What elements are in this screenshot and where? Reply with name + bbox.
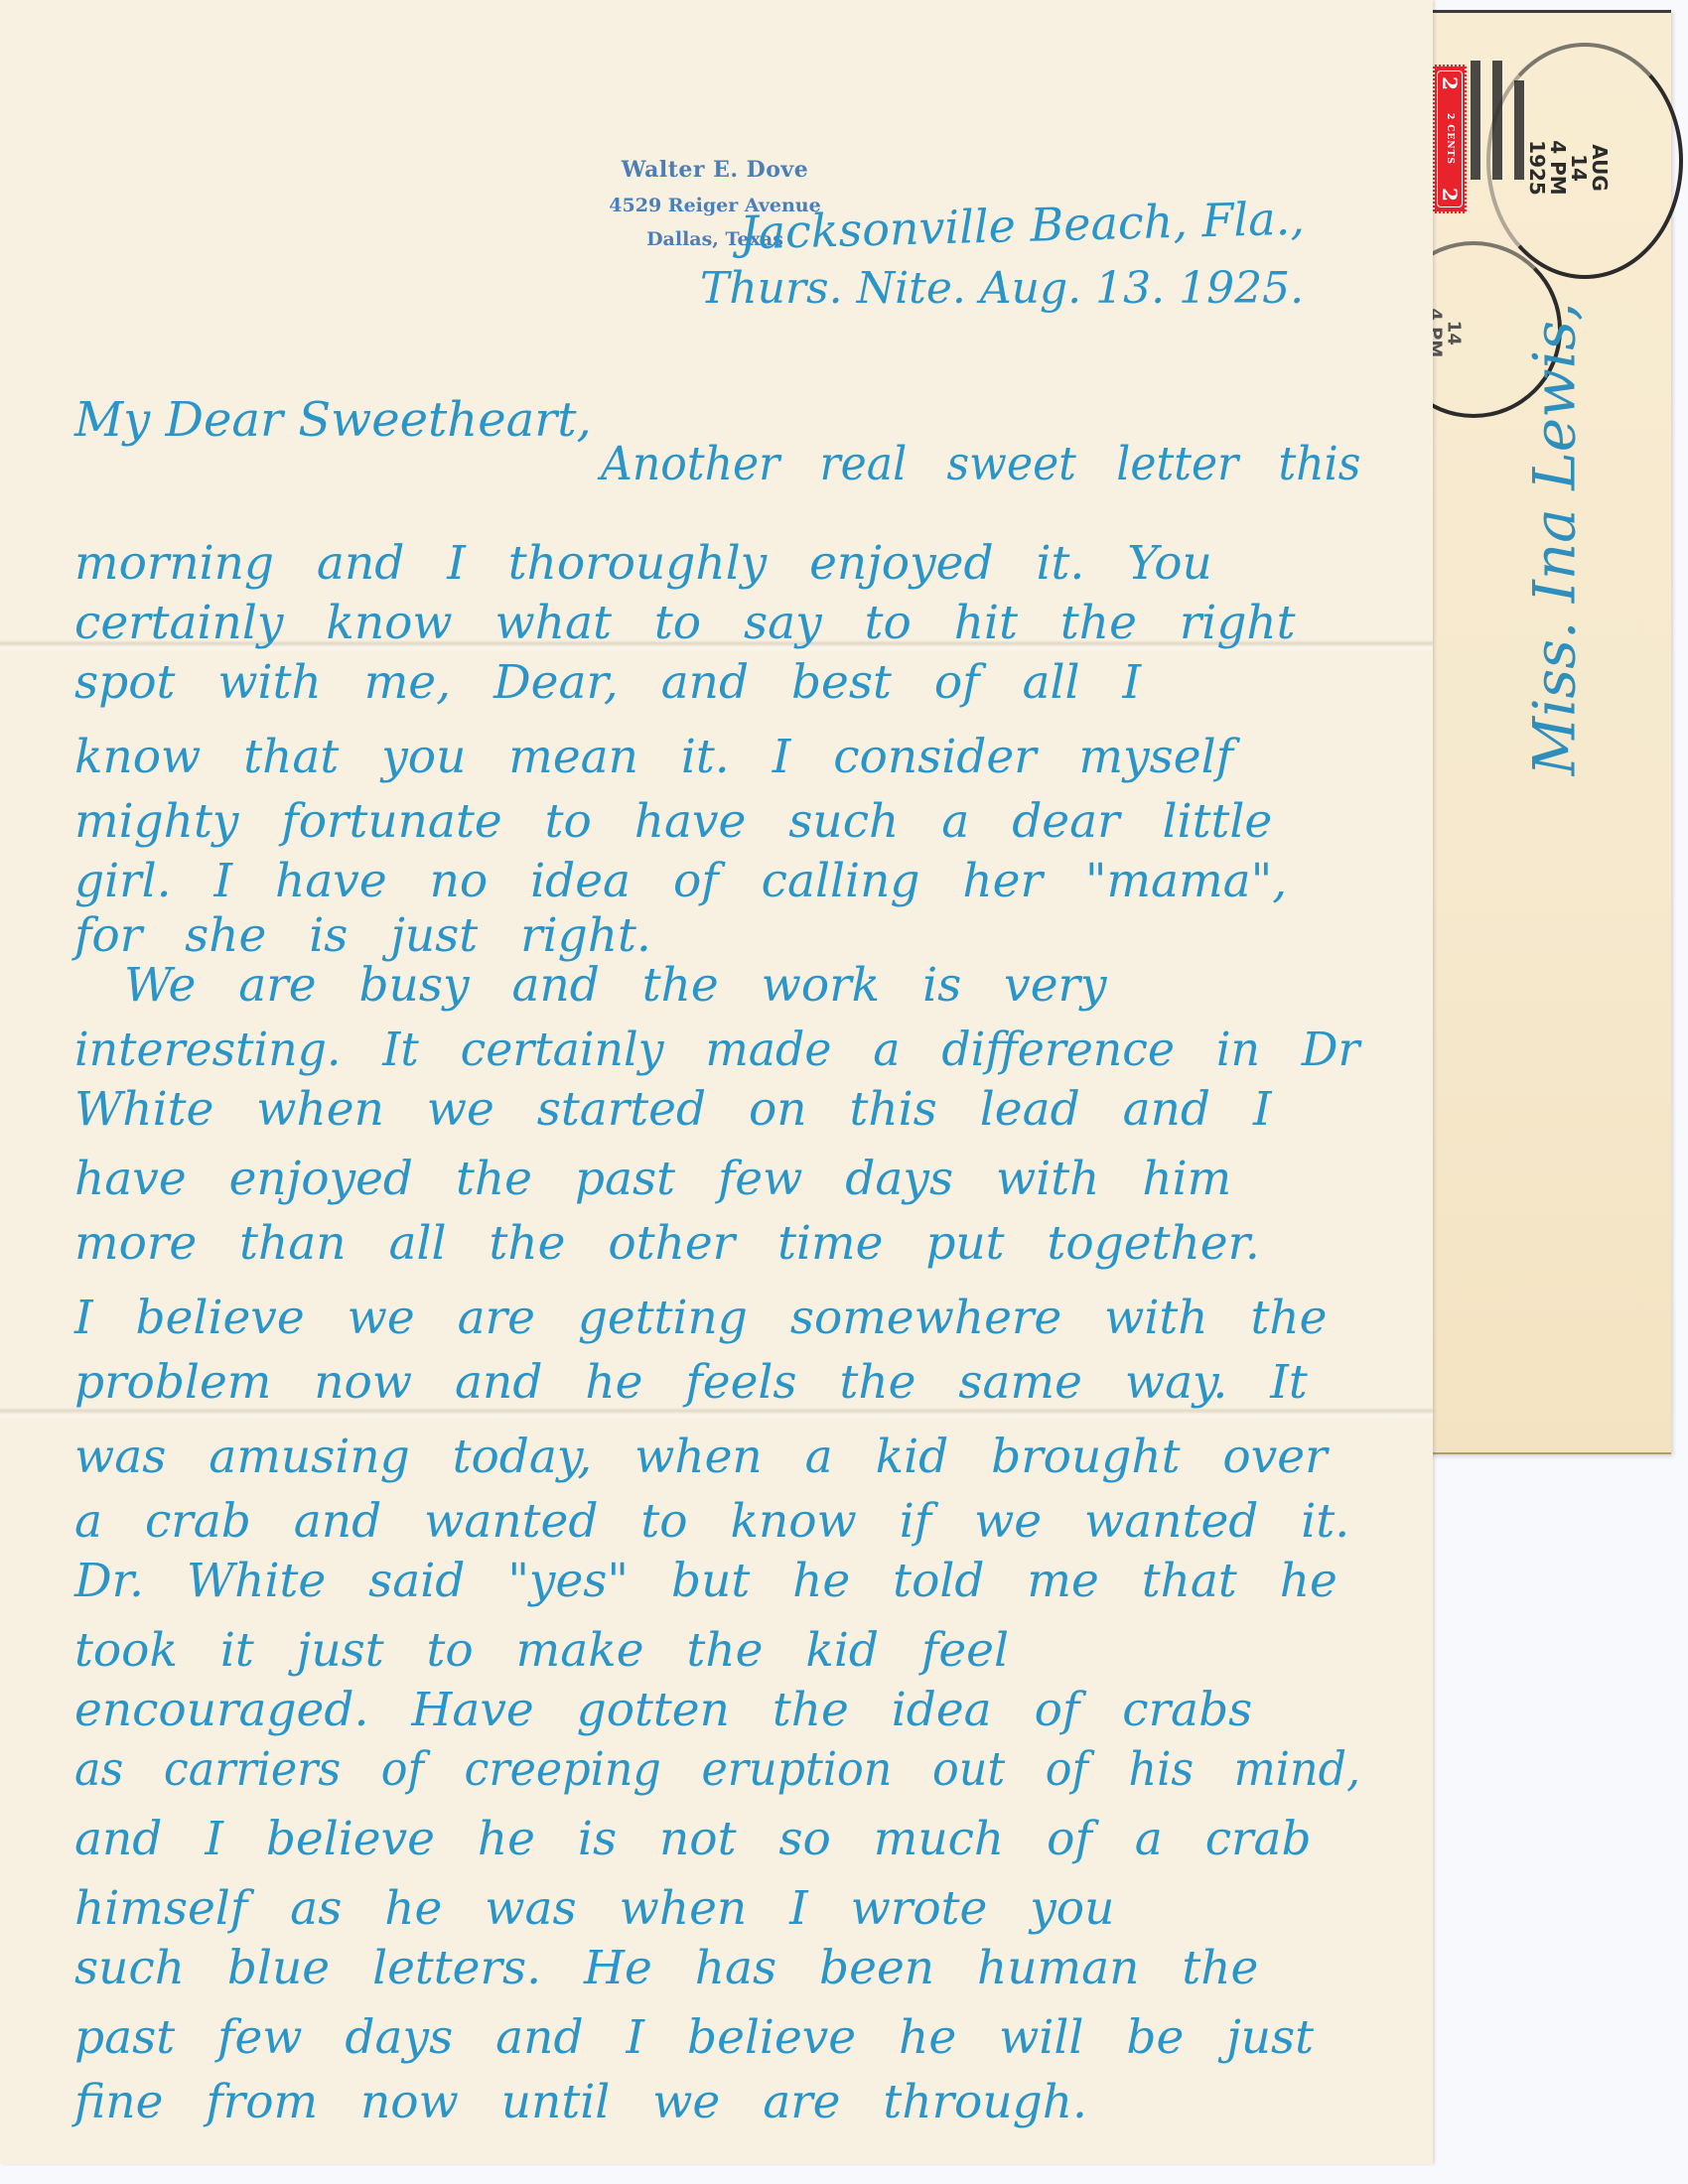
letter-line: fine from now until we are through. — [74, 2075, 1087, 2129]
postage-stamp: 2 2 CENTS 2 — [1433, 65, 1467, 213]
stamp-value-bottom: 2 — [1438, 188, 1462, 202]
letter-line: We are busy and the work is very — [124, 958, 1107, 1013]
letter-line: such blue letters. He has been human the — [74, 1941, 1258, 1995]
letter-line: for she is just right. — [74, 908, 651, 963]
postmark: AUG 14 4 PM 1925 — [1486, 43, 1683, 279]
letter-line: know that you mean it. I consider myself — [74, 730, 1233, 784]
letter-line: have enjoyed the past few days with him — [74, 1152, 1231, 1206]
letter-line: a crab and wanted to know if we wanted i… — [74, 1494, 1349, 1549]
addressee-name: Miss. Ina Lewis, — [1520, 303, 1588, 776]
letter-line: past few days and I believe he will be j… — [74, 2010, 1314, 2065]
letter-line: Dr. White said "yes" but he told me that… — [74, 1554, 1337, 1608]
letter-greeting: My Dear Sweetheart, — [74, 392, 592, 448]
letter-line: and I believe he is not so much of a cra… — [74, 1812, 1312, 1866]
letter-line: certainly know what to say to hit the ri… — [74, 596, 1296, 650]
letter-line: mighty fortunate to have such a dear lit… — [74, 794, 1272, 849]
letter-line: spot with me, Dear, and best of all I — [74, 655, 1141, 710]
letter-line: himself as he was when I wrote you — [74, 1881, 1114, 1936]
letter-line: problem now and he feels the same way. I… — [74, 1355, 1308, 1410]
letter-line: as carriers of creeping eruption out of … — [74, 1742, 1360, 1797]
letter-line: encouraged. Have gotten the idea of crab… — [74, 1683, 1252, 1737]
letter-line: more than all the other time put togethe… — [74, 1216, 1260, 1271]
letter-line: I believe we are getting somewhere with … — [74, 1291, 1328, 1345]
postmark-date: AUG 14 4 PM 1925 — [1526, 140, 1610, 196]
letter-page: Walter E. Dove 4529 Reiger Avenue Dallas… — [0, 0, 1433, 2164]
envelope: 2 2 CENTS 2 AUG 14 4 PM 1925 14 4 PM 192… — [1415, 10, 1671, 1454]
letter-date: Thurs. Nite. Aug. 13. 1925. — [700, 263, 1304, 314]
stamp-value: 2 — [1438, 76, 1462, 90]
stamp-label: 2 CENTS — [1445, 113, 1455, 165]
letter-line: Another real sweet letter this — [601, 437, 1360, 491]
letterhead-name: Walter E. Dove — [596, 157, 834, 183]
letter-line: morning and I thoroughly enjoyed it. You — [74, 536, 1212, 591]
letter-line: took it just to make the kid feel — [74, 1623, 1009, 1678]
letter-line: girl. I have no idea of calling her "mam… — [74, 854, 1287, 908]
letter-line: was amusing today, when a kid brought ov… — [74, 1430, 1328, 1484]
letter-line: White when we started on this lead and I — [74, 1082, 1272, 1137]
addressee: Miss. Ina Lewis, — [1475, 410, 1633, 668]
letter-line: interesting. It certainly made a differe… — [74, 1023, 1359, 1077]
